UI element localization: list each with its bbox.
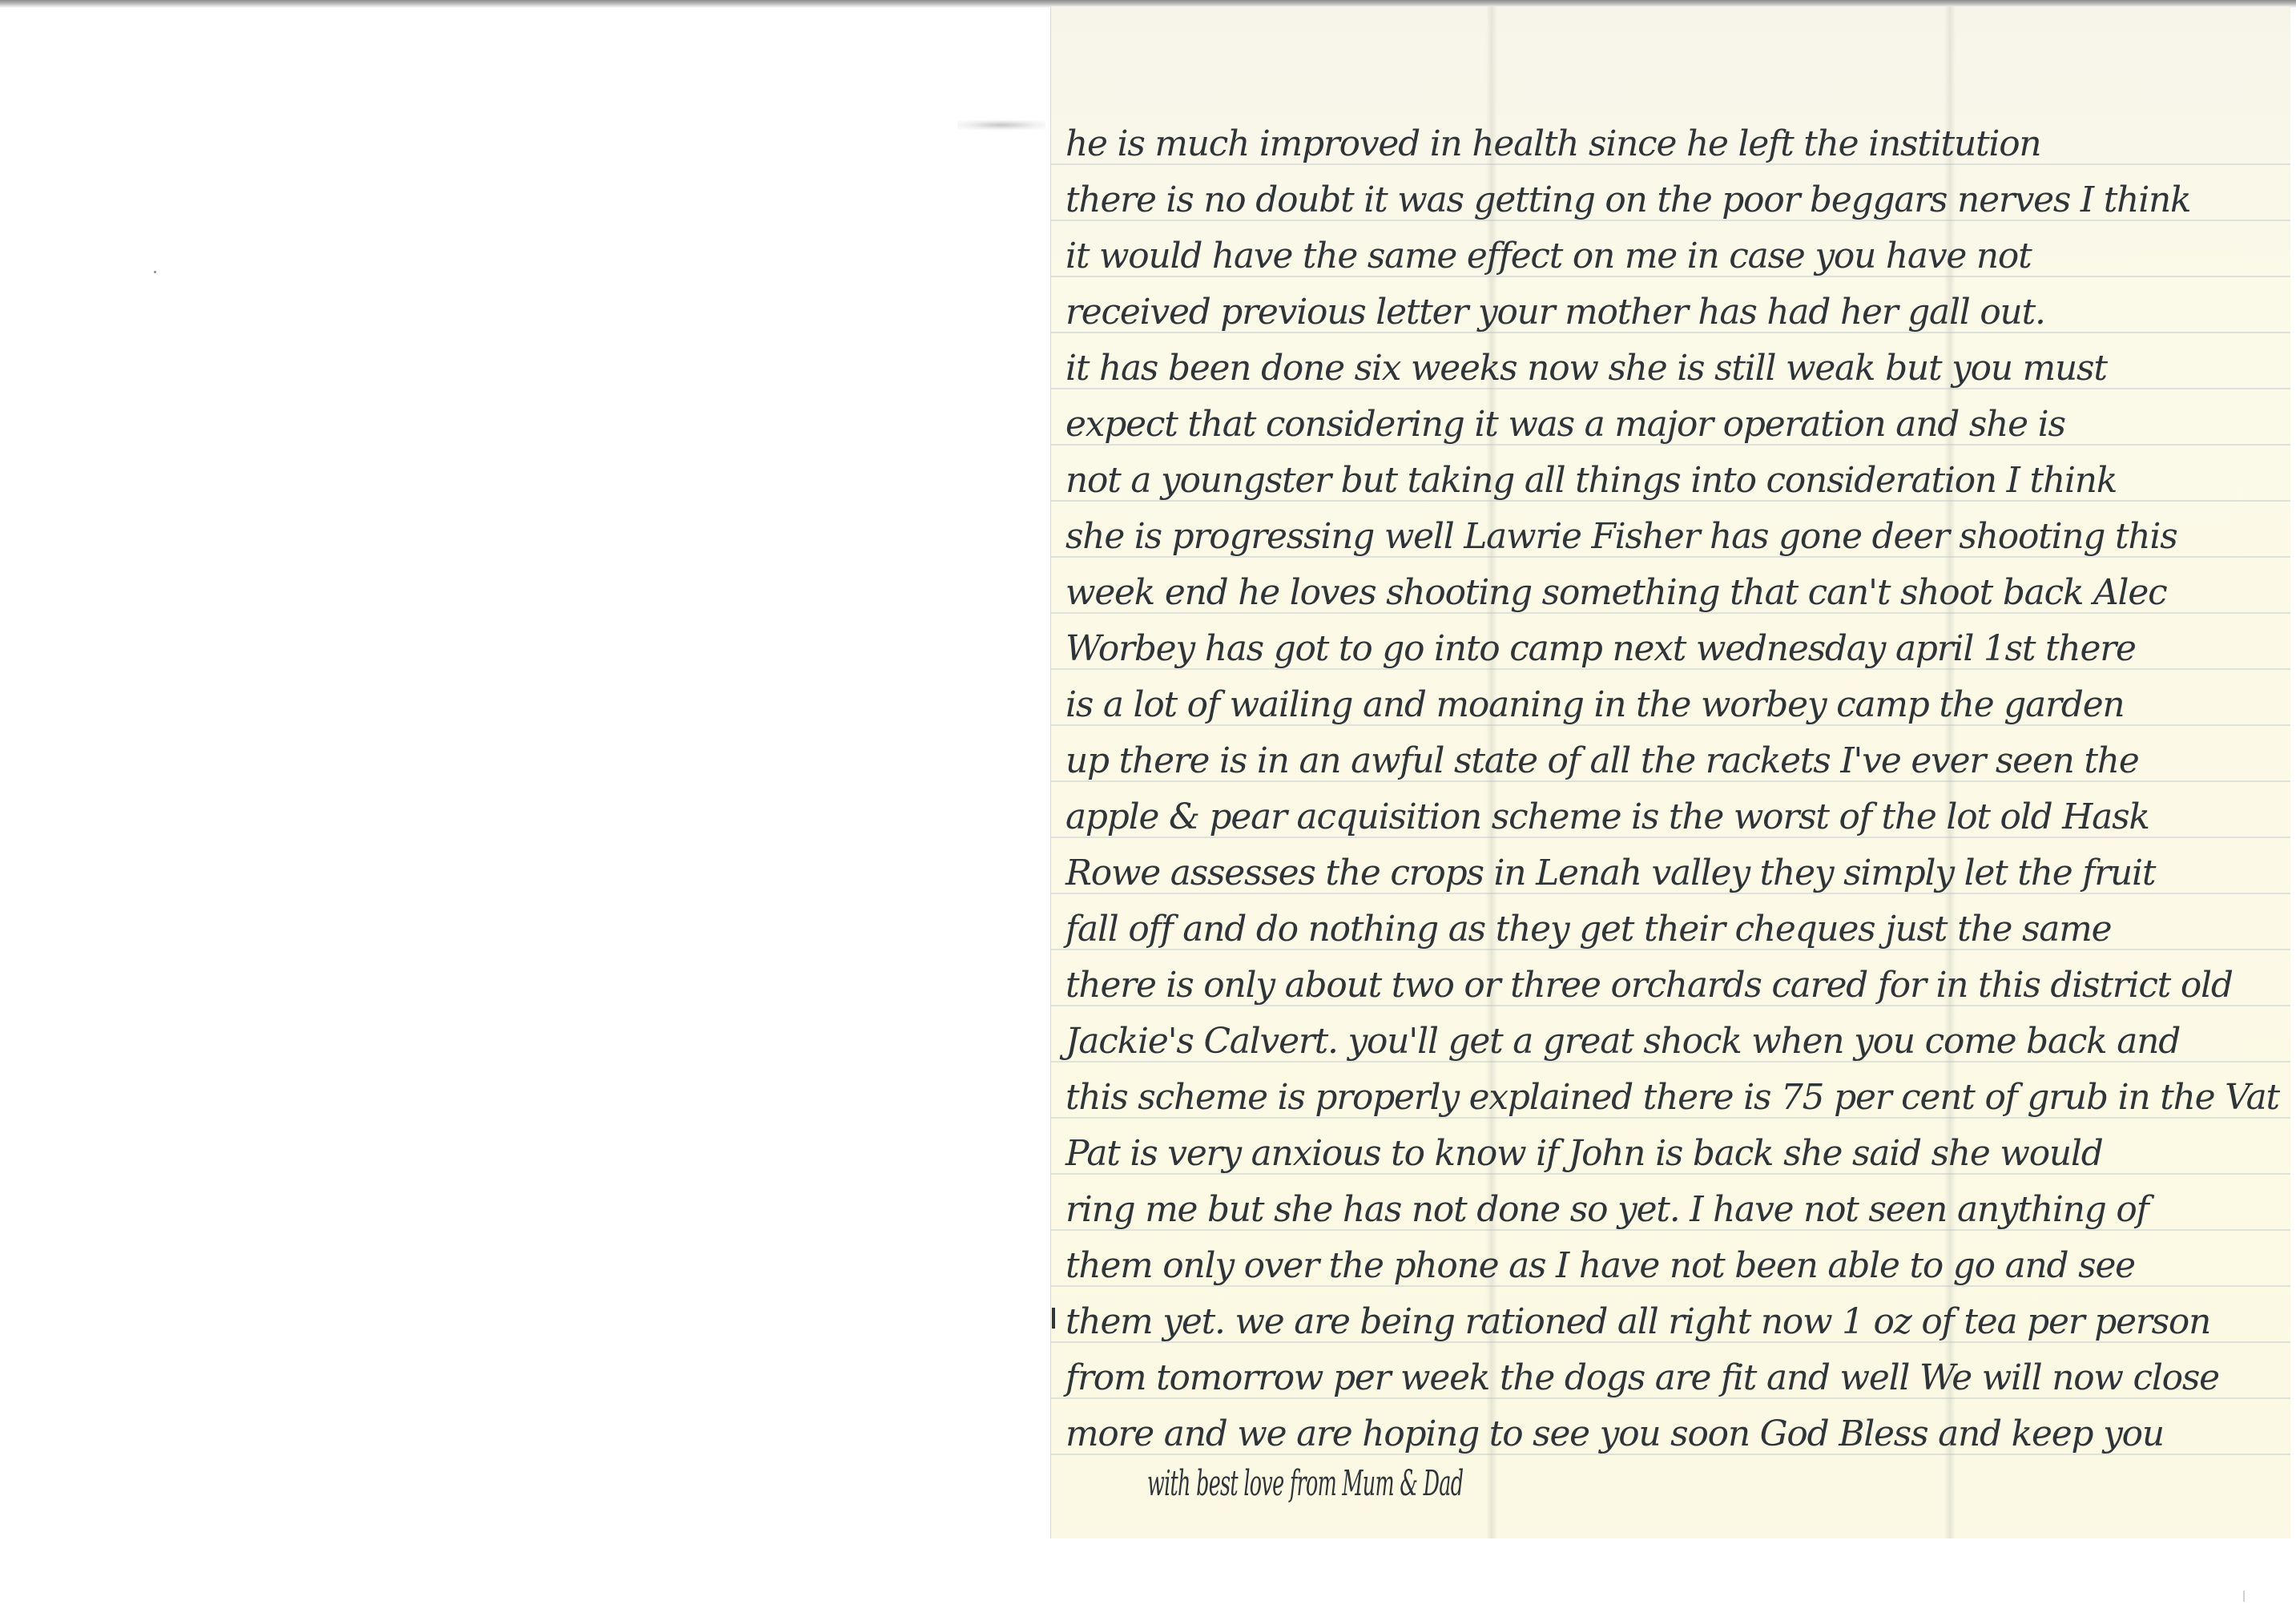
letter-signoff: with best love from Mum & Dad: [1147, 1466, 1804, 1502]
blank-left-page: [0, 8, 1051, 1621]
letter-line: Worbey has got to go into camp next wedn…: [1065, 631, 2279, 667]
letter-line: he is much improved in health since he l…: [1065, 127, 2279, 162]
margin-ink-mark: [1052, 1308, 1055, 1329]
letter-line: from tomorrow per week the dogs are fit …: [1065, 1361, 2279, 1396]
letter-line: expect that considering it was a major o…: [1065, 407, 2279, 442]
letter-line: is a lot of wailing and moaning in the w…: [1065, 688, 2279, 723]
bleed-through-smudge: [957, 120, 1045, 130]
scan-speck: [154, 271, 156, 273]
letter-page: he is much improved in health since he l…: [1051, 6, 2290, 1538]
letter-line: Jackie's Calvert. you'll get a great sho…: [1065, 1024, 2279, 1059]
letter-line: fall off and do nothing as they get thei…: [1065, 912, 2279, 947]
letter-line: this scheme is properly explained there …: [1065, 1080, 2279, 1115]
letter-line: received previous letter your mother has…: [1065, 295, 2279, 330]
letter-line: them yet. we are being rationed all righ…: [1065, 1304, 2279, 1340]
letter-line: more and we are hoping to see you soon G…: [1065, 1417, 2279, 1452]
letter-line: apple & pear acquisition scheme is the w…: [1065, 800, 2279, 835]
scan-speck: [2243, 1591, 2245, 1602]
letter-line: week end he loves shooting something tha…: [1065, 575, 2279, 611]
letter-line: it has been done six weeks now she is st…: [1065, 351, 2279, 386]
letter-line: Rowe assesses the crops in Lenah valley …: [1065, 856, 2279, 891]
letter-line: ring me but she has not done so yet. I h…: [1065, 1192, 2279, 1228]
letter-line: there is no doubt it was getting on the …: [1065, 183, 2279, 218]
letter-line: she is progressing well Lawrie Fisher ha…: [1065, 519, 2279, 554]
letter-line: it would have the same effect on me in c…: [1065, 239, 2279, 274]
letter-line: there is only about two or three orchard…: [1065, 968, 2279, 1003]
letter-line: up there is in an awful state of all the…: [1065, 744, 2279, 779]
letter-line: not a youngster but taking all things in…: [1065, 463, 2279, 498]
letter-line: them only over the phone as I have not b…: [1065, 1248, 2279, 1284]
letter-line: Pat is very anxious to know if John is b…: [1065, 1136, 2279, 1171]
